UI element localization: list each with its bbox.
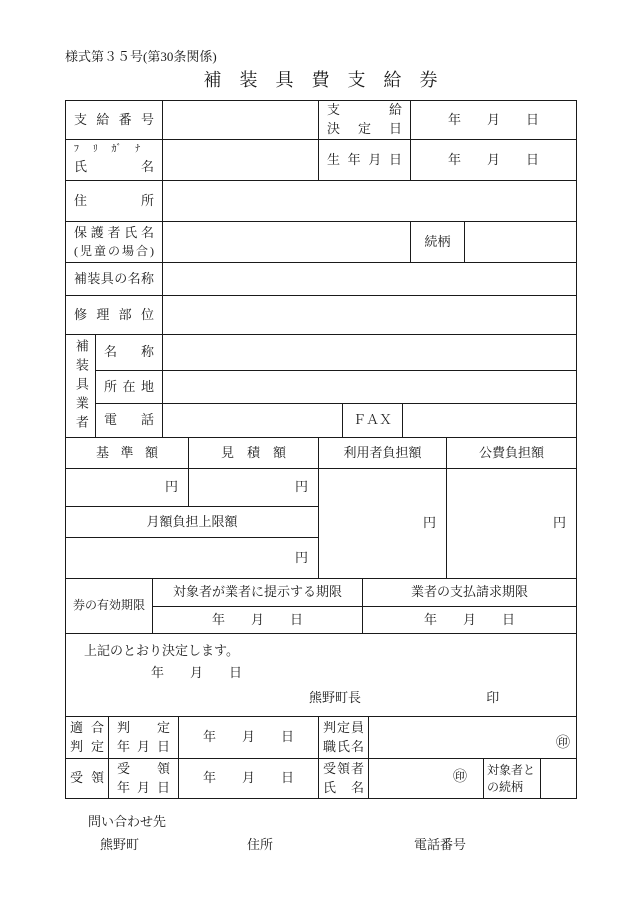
table-row: 円 円 [66, 469, 319, 507]
vendor-name-label: 名称 [96, 335, 163, 371]
recipient-relation-field[interactable] [541, 759, 577, 799]
recipient-relation-label: 対象者と の続柄 [484, 759, 541, 799]
table-row: 対象者が業者に提示する期限 業者の支払請求期限 [153, 579, 577, 607]
label-line: 判定 [70, 738, 104, 757]
contact-phone-label: 電話番号 [414, 834, 466, 853]
form-title: 補装具費支給券 [65, 66, 576, 92]
birth-date-field[interactable]: 年 月 日 [411, 140, 577, 181]
decision-statement: 上記のとおり決定します。 [66, 642, 577, 661]
furigana-label: ﾌﾘｶﾞﾅ [74, 143, 154, 158]
form-number: 様式第３５号(第30条関係) [65, 46, 217, 65]
guardian-name-label: 保護者氏名 (児童の場合) [66, 222, 163, 263]
user-burden-label: 利用者負担額 [319, 438, 447, 469]
validity-section: 券の有効期限 対象者が業者に提示する期限 業者の支払請求期限 年 月 日 年 月… [66, 579, 577, 634]
amounts-header-row: 基準額 見積額 利用者負担額 公費負担額 [66, 438, 577, 469]
label-line: 適合 [70, 719, 104, 738]
present-deadline-label: 対象者が業者に提示する期限 [153, 579, 363, 607]
conformity-date-field[interactable]: 年 月 日 [179, 717, 319, 759]
label-line: の続柄 [487, 779, 537, 795]
public-burden-amount-field[interactable]: 円 [447, 469, 577, 579]
repair-part-field[interactable] [163, 296, 577, 335]
contact-label: 問い合わせ先 [88, 811, 166, 830]
table-row: 支給番号 支給 決定日 年 月 日 [66, 101, 577, 140]
label-line: 受領者 [323, 760, 364, 779]
label-line: (児童の場合) [74, 243, 154, 260]
relation-label: 続柄 [411, 222, 465, 263]
table-row: 住所 [66, 181, 577, 222]
label-line: 支給 [327, 101, 402, 120]
mayor-label: 熊野町長 [309, 690, 361, 705]
label-line: 対象者と [487, 762, 537, 778]
vendor-group-label: 補装具業者 [66, 335, 96, 438]
vendor-address-label: 所在地 [96, 371, 163, 404]
table-row: 修理部位 [66, 296, 577, 335]
judge-name-label: 判定員 職氏名 [319, 717, 369, 759]
amounts-body: 円 円 月額負担上限額 円 円 円 [66, 469, 577, 579]
vendor-address-field[interactable] [163, 371, 577, 404]
label-line: 年月日 [117, 779, 170, 798]
conformity-row: 適合 判定 判定 年月日 年 月 日 判定員 職氏名 ㊞ [66, 717, 577, 759]
supply-number-field[interactable] [163, 101, 319, 140]
vendor-phone-field[interactable] [163, 404, 343, 438]
device-name-label: 補装具の名称 [66, 263, 163, 296]
supply-decision-date-field[interactable]: 年 月 日 [411, 101, 577, 140]
vendor-phone-label: 電話 [96, 404, 163, 438]
claim-deadline-label: 業者の支払請求期限 [363, 579, 577, 607]
repair-part-label: 修理部位 [66, 296, 163, 335]
form-table: 支給番号 支給 決定日 年 月 日 ﾌﾘｶﾞﾅ 氏名 生年月日 年 月 日 住所 [65, 100, 577, 799]
estimate-amount-label: 見積額 [189, 438, 319, 469]
table-row: 所在地 [96, 371, 577, 404]
table-row: 電話 ＦＡＸ [96, 404, 577, 438]
seal-placeholder: 印 [486, 690, 499, 705]
recipient-name-field[interactable]: ㊞ [369, 759, 484, 799]
label-line: 年月日 [117, 738, 170, 757]
conformity-label: 適合 判定 [66, 717, 109, 759]
label-line: 受領 [117, 760, 170, 779]
label-line: 氏名 [323, 779, 364, 798]
monthly-cap-label: 月額負担上限額 [66, 507, 319, 538]
form-page: 様式第３５号(第30条関係) 補装具費支給券 支給番号 支給 決定日 年 月 日… [0, 0, 630, 903]
judge-name-field[interactable]: ㊞ [369, 717, 577, 759]
label-line: 保護者氏名 [74, 224, 154, 243]
recipient-name-label: 受領者 氏名 [319, 759, 369, 799]
public-burden-label: 公費負担額 [447, 438, 577, 469]
table-row: 保護者氏名 (児童の場合) 続柄 [66, 222, 577, 263]
contact-town: 熊野町 [100, 834, 139, 853]
vendor-fax-label: ＦＡＸ [343, 404, 403, 438]
supply-number-label: 支給番号 [66, 101, 163, 140]
decision-date-field[interactable]: 年 月 日 [66, 664, 577, 683]
device-name-field[interactable] [163, 263, 577, 296]
vendor-fax-field[interactable] [403, 404, 577, 438]
table-row: ﾌﾘｶﾞﾅ 氏名 生年月日 年 月 日 [66, 140, 577, 181]
vendor-name-field[interactable] [163, 335, 577, 371]
standard-amount-field[interactable]: 円 [66, 469, 189, 507]
label-line: 判定 [117, 719, 170, 738]
receipt-label: 受領 [66, 759, 109, 799]
claim-deadline-date-field[interactable]: 年 月 日 [363, 607, 577, 634]
label-line: 決定日 [327, 120, 402, 139]
decision-section: 上記のとおり決定します。 年 月 日 熊野町長 印 [66, 634, 577, 717]
name-field[interactable] [163, 140, 319, 181]
decision-signature-line: 熊野町長 印 [66, 689, 577, 708]
relation-field[interactable] [465, 222, 577, 263]
receipt-row: 受領 受領 年月日 年 月 日 受領者 氏名 ㊞ 対象者と の続柄 [66, 759, 577, 799]
supply-decision-date-label: 支給 決定日 [319, 101, 411, 140]
estimate-amount-field[interactable]: 円 [189, 469, 319, 507]
contact-address-label: 住所 [247, 834, 273, 853]
table-row: 月額負担上限額 [66, 507, 319, 538]
receipt-date-label: 受領 年月日 [109, 759, 179, 799]
receipt-date-field[interactable]: 年 月 日 [179, 759, 319, 799]
vendor-group-label-text: 補装具業者 [71, 339, 90, 434]
table-row: 円 [66, 538, 319, 579]
user-burden-amount-field[interactable]: 円 [319, 469, 447, 579]
label-line: 判定員 [323, 719, 364, 738]
guardian-name-field[interactable] [163, 222, 411, 263]
address-label: 住所 [66, 181, 163, 222]
birth-date-label: 生年月日 [319, 140, 411, 181]
label-line: 氏名 [74, 158, 154, 177]
address-field[interactable] [163, 181, 577, 222]
standard-amount-label: 基準額 [66, 438, 189, 469]
table-row: 名称 [96, 335, 577, 371]
decision-cell: 上記のとおり決定します。 年 月 日 熊野町長 印 [66, 634, 577, 717]
conformity-date-label: 判定 年月日 [109, 717, 179, 759]
table-row: 補装具の名称 [66, 263, 577, 296]
table-row: 年 月 日 年 月 日 [153, 607, 577, 634]
name-label: ﾌﾘｶﾞﾅ 氏名 [66, 140, 163, 181]
monthly-cap-amount-field[interactable]: 円 [66, 538, 319, 579]
validity-label: 券の有効期限 [66, 579, 153, 634]
present-deadline-date-field[interactable]: 年 月 日 [153, 607, 363, 634]
vendor-section: 補装具業者 名称 所在地 電話 ＦＡＸ [66, 335, 577, 438]
label-line: 職氏名 [323, 738, 364, 757]
